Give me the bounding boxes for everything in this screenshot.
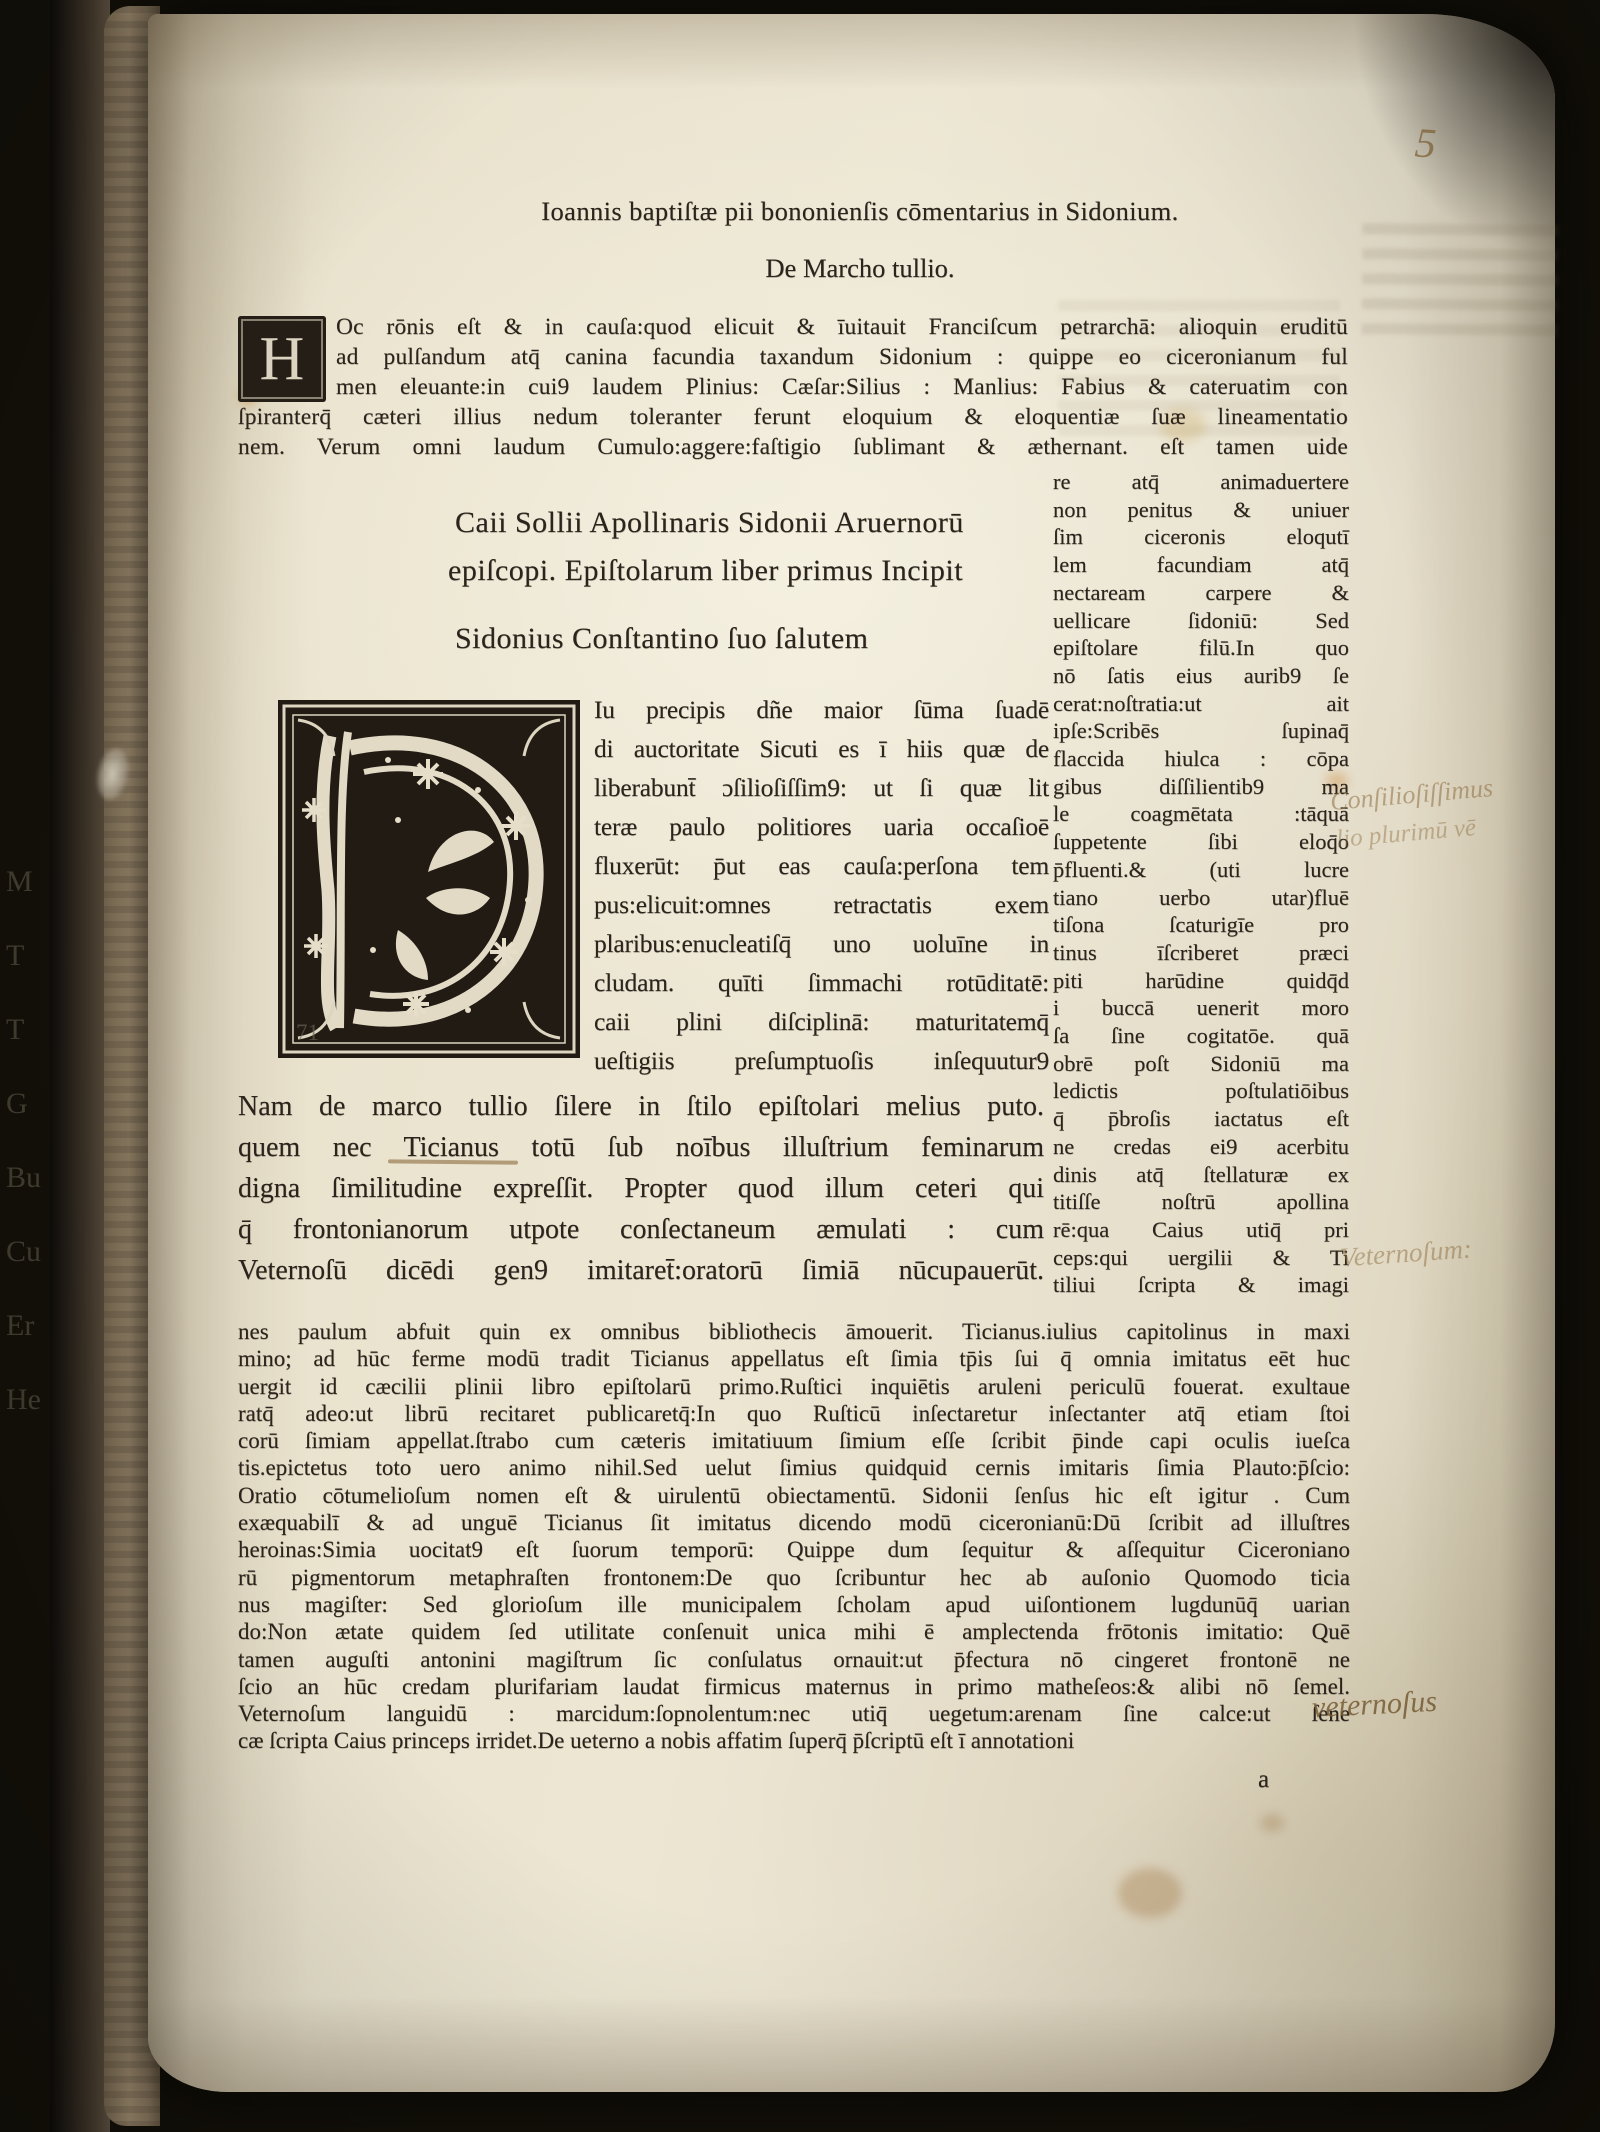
corner-shadow: [1345, 14, 1555, 264]
text-line: T: [6, 919, 52, 993]
text-line: ſuppetente ſibi eloq̄o: [1053, 828, 1349, 856]
text-line: T: [6, 993, 52, 1067]
salutation-heading: Sidonius Conſtantino ſuo ſalutem: [455, 622, 869, 656]
text-line: titiſſe noſtrū apollina: [1053, 1188, 1349, 1216]
text-line: tis.epictetus toto uero animo nihil.Sed …: [238, 1454, 1350, 1481]
text-line: fluxerūt: p̄ut eas cauſa:perſona tem: [594, 846, 1049, 885]
text-line: ipſe:Scribēs ſupinaq̄: [1053, 717, 1349, 745]
gloss-column: re atq̄ animaduerterenon penitus & uniue…: [1053, 468, 1349, 1299]
text-line: ueſtigiis preſumptuoſis inſequutur9: [594, 1041, 1049, 1080]
book-edge-shadow: [50, 0, 110, 2132]
text-line: nem. Verum omni laudum Cumulo:aggere:faſ…: [238, 432, 1348, 462]
incipit-heading-line2: epiſcopi. Epiſtolarum liber primus Incip…: [448, 554, 963, 588]
text-line: nus magiſter: Sed glorioſum ille municip…: [238, 1591, 1350, 1618]
text-line: ad pulſandum atq̄ canina facundia taxand…: [238, 342, 1348, 372]
text-line: G: [6, 1067, 52, 1141]
text-line: ceps:qui uergilii & Ti: [1053, 1244, 1349, 1272]
text-line: do:Non ætate quidem ſed utilitate conſen…: [238, 1618, 1350, 1645]
text-line: di auctoritate Sicuti es ī hiis quæ de: [594, 729, 1049, 768]
text-line: nes paulum abfuit quin ex omnibus biblio…: [238, 1318, 1350, 1345]
text-line: Veternoſum languidū : marcidum:ſopnolent…: [238, 1700, 1350, 1727]
opening-paragraph: H Oc rōnis eſt & in cauſa:quod elicuit &…: [238, 312, 1348, 462]
initial-h-letter: H: [260, 344, 305, 374]
initial-d-ornament: [278, 700, 580, 1058]
text-line: epiſtolare filū.In quo: [1053, 634, 1349, 662]
text-line: Er: [6, 1289, 52, 1363]
initial-h-woodcut: H: [238, 316, 326, 402]
text-line: quem nec Ticianus totū ſub noībus illuſt…: [238, 1127, 1044, 1168]
text-line: pus:elicuit:omnes retractatis exem: [594, 885, 1049, 924]
text-line: uellicare ſidoniū: Sed: [1053, 607, 1349, 635]
text-line: cæ ſcripta Caius princeps irridet.De uet…: [238, 1727, 1350, 1754]
stain: [1260, 1814, 1284, 1832]
text-line: q̄ p̄broſis iactatus eſt: [1053, 1105, 1349, 1133]
text-line: re atq̄ animaduertere: [1053, 468, 1349, 496]
text-line: nō ſatis eius aurib9 ſe: [1053, 662, 1349, 690]
stain: [1118, 1868, 1182, 1918]
signature-mark: a: [1258, 1766, 1269, 1794]
text-line: liberabunt̄ ɔſilioſiſſim9: ut ſi quæ lit: [594, 768, 1049, 807]
text-line: cludam. quīti ſimmachi rotūditatē:: [594, 963, 1049, 1002]
text-line: caii plini diſciplinā: maturitatemq̄: [594, 1002, 1049, 1041]
text-line: mino; ad hūc ferme modū tradit Ticianus …: [238, 1345, 1350, 1372]
text-line: tamen auguſti antonini magiſtrum ſic con…: [238, 1646, 1350, 1673]
text-line: ledictis poſtulatiōibus: [1053, 1077, 1349, 1105]
text-line: tiano uerbo utar)fluē: [1053, 884, 1349, 912]
text-line: ne credas ei9 acerbitu: [1053, 1133, 1349, 1161]
text-line: obrē poſt Sidoniū ma: [1053, 1050, 1349, 1078]
text-line: men eleuante:in cui9 laudem Plinius: Cæſ…: [238, 372, 1348, 402]
initial-d-woodcut: [278, 700, 580, 1058]
text-line: uergit id cæcilii plinii libro epiſtolar…: [238, 1373, 1350, 1400]
text-line: p̄fluenti.& (uti lucre: [1053, 856, 1349, 884]
margin-annotation-veternosus: veternoſus: [1311, 1685, 1438, 1725]
text-line: nectaream carpere &: [1053, 579, 1349, 607]
text-line: flaccida hiulca : cōpa: [1053, 745, 1349, 773]
text-line: corū ſimiam appellat.ſtrabo cum cæteris …: [238, 1427, 1350, 1454]
text-line: ſcio an hūc credam plurifariam laudat fi…: [238, 1673, 1350, 1700]
text-line: rū pigmentorum metaphraſten frontonem:De…: [238, 1564, 1350, 1591]
text-line: He: [6, 1363, 52, 1437]
text-line: tiliui ſcripta & imagi: [1053, 1271, 1349, 1299]
text-line: M: [6, 845, 52, 919]
text-line: Veternoſū dicēdi gen9 imitaret̄:oratorū …: [238, 1250, 1044, 1291]
text-line: non penitus & uniuer: [1053, 496, 1349, 524]
incipit-heading-line1: Caii Sollii Apollinaris Sidonii Aruernor…: [455, 506, 964, 540]
letter-text-wide: Nam de marco tullio ſilere in ſtilo epiſ…: [238, 1086, 1044, 1291]
text-line: teræ paulo politiores uaria occaſioē: [594, 807, 1049, 846]
text-line: Bu: [6, 1141, 52, 1215]
text-line: Oc rōnis eſt & in cauſa:quod elicuit & ī…: [238, 312, 1348, 342]
text-line: gibus diſſilientib9 ma: [1053, 773, 1349, 801]
text-line: ratq̄ adeo:ut librū recitaret publicaret…: [238, 1400, 1350, 1427]
text-line: piti harūdine quidq̄d: [1053, 967, 1349, 995]
text-line: i buccā uenerit moro: [1053, 994, 1349, 1022]
text-line: ſa ſine cogitatōe. quā: [1053, 1022, 1349, 1050]
text-line: ſpiranterq̄ cæteri illius nedum tolerant…: [238, 402, 1348, 432]
text-line: plaribus:enucleatiſq̄ uno uoluīne in: [594, 924, 1049, 963]
text-line: ſim ciceronis eloqutī: [1053, 523, 1349, 551]
text-line: Cu: [6, 1215, 52, 1289]
text-line: tiſona ſcaturigīe pro: [1053, 911, 1349, 939]
letter-text-column: Iu precipis dñe maior ſūma ſuadēdi aucto…: [594, 690, 1049, 1080]
text-line: Nam de marco tullio ſilere in ſtilo epiſ…: [238, 1086, 1044, 1127]
text-line: rē:qua Caius utiq̄ pri: [1053, 1216, 1349, 1244]
text-line: lem facundiam atq̄: [1053, 551, 1349, 579]
folio-number: 5: [1413, 119, 1437, 168]
text-line: digna ſimilitudine expreſſit. Propter qu…: [238, 1168, 1044, 1209]
section-title: De Marcho tullio.: [400, 253, 1320, 284]
woodcut-number-annotation: 71: [296, 1020, 319, 1046]
commentary-title: Ioannis baptiſtæ pii bononienſis cōmenta…: [400, 196, 1320, 227]
text-line: dinis atq̄ ſtellaturæ ex: [1053, 1161, 1349, 1189]
commentary-block: nes paulum abfuit quin ex omnibus biblio…: [238, 1318, 1350, 1755]
text-line: tinus īſcriberet præci: [1053, 939, 1349, 967]
text-line: Iu precipis dñe maior ſūma ſuadē: [594, 690, 1049, 729]
text-line: Oratio cōtumelioſum nomen eſt & uirulent…: [238, 1482, 1350, 1509]
photo-background: MTTGBuCuErHe Ioannis baptiſtæ pii bononi…: [0, 0, 1600, 2132]
text-line: cerat:noſtratia:ut ait: [1053, 690, 1349, 718]
text-line: q̄ frontonianorum utpote conſectaneum æm…: [238, 1209, 1044, 1250]
text-line: exæquabilī & ad unguē Ticianus ſit imita…: [238, 1509, 1350, 1536]
text-line: le coagmētata :tāquā: [1053, 800, 1349, 828]
ghost-letters: MTTGBuCuErHe: [6, 845, 52, 1437]
text-line: heroinas:Simia uocitat9 eſt ſuorum tempo…: [238, 1536, 1350, 1563]
